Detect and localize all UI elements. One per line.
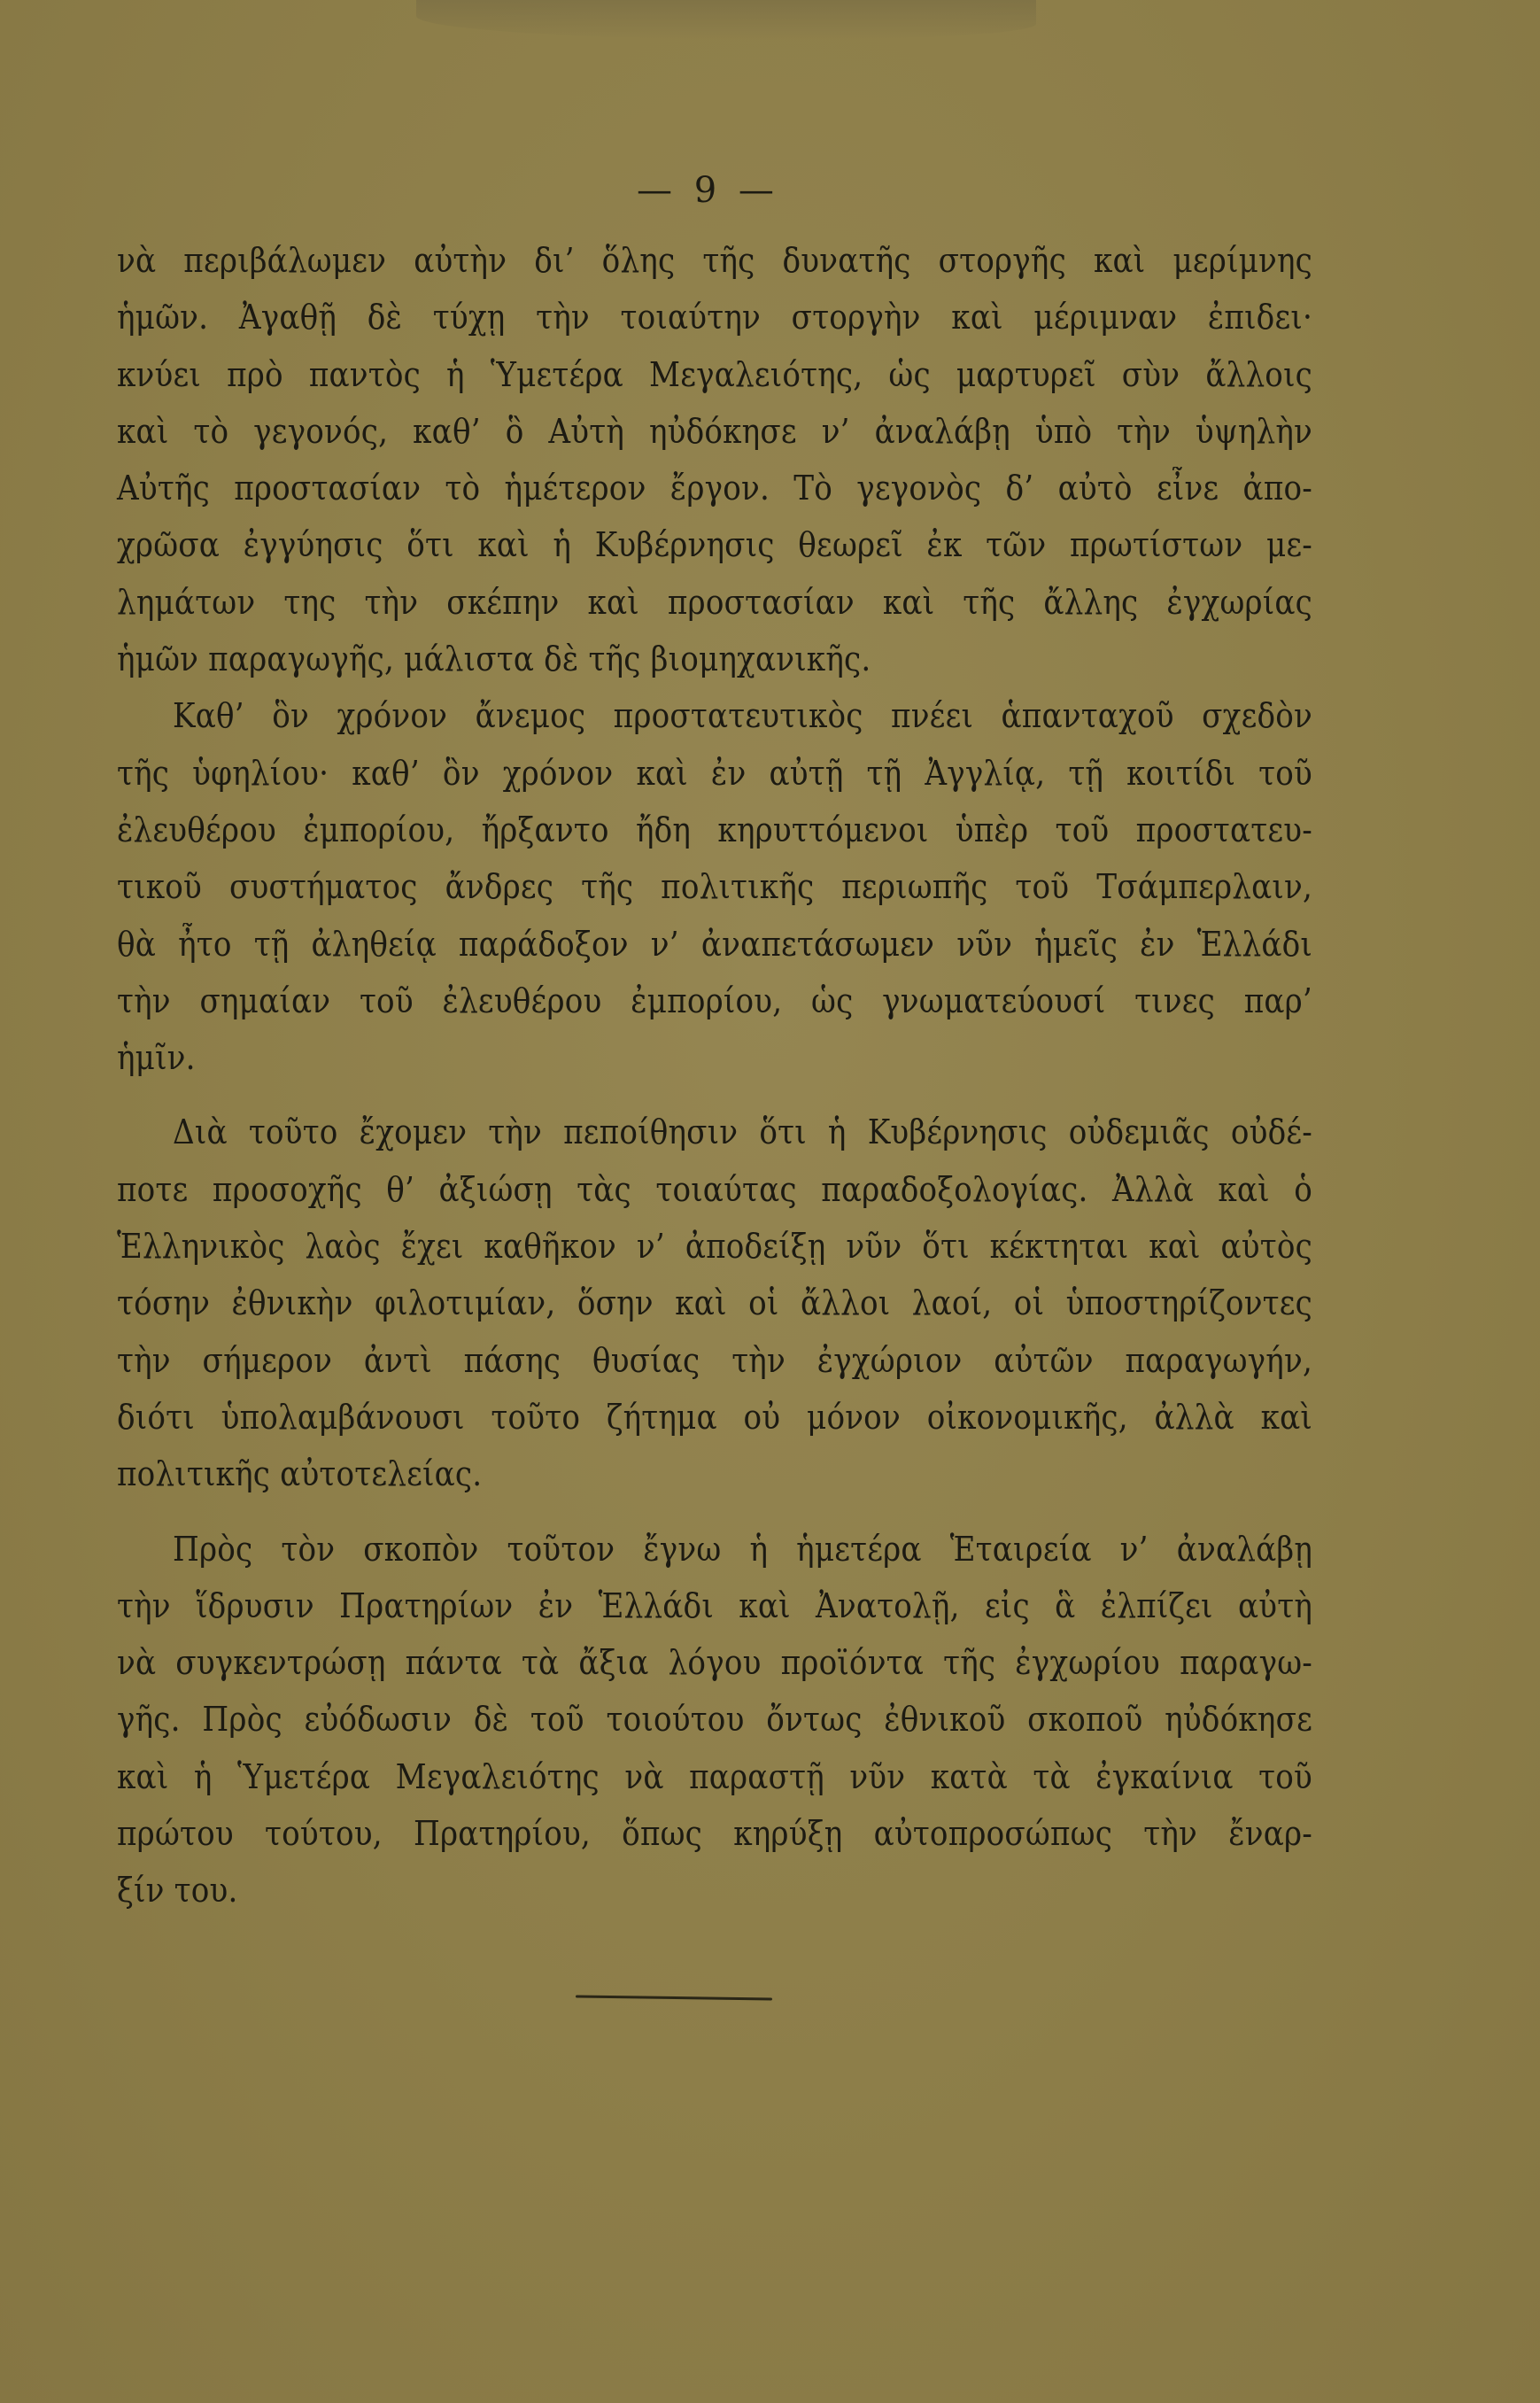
text-line: Ἑλληνικὸς λαὸς ἔχει καθῆκον ν’ ἀποδείξῃ … bbox=[117, 1218, 1312, 1275]
text-line: Πρὸς τὸν σκοπὸν τοῦτον ἔγνω ἡ ἡμετέρα Ἑτ… bbox=[117, 1521, 1312, 1577]
text-line: ξίν του. bbox=[117, 1862, 1312, 1919]
text-line: λημάτων της τὴν σκέπην καὶ προστασίαν κα… bbox=[117, 574, 1312, 631]
text-line: Αὐτῆς προστασίαν τὸ ἡμέτερον ἔργον. Τὸ γ… bbox=[117, 460, 1312, 516]
paragraph-gap bbox=[117, 1503, 1312, 1521]
paragraph-1: νὰ περιβάλωμεν αὐτὴν δι’ ὅλης τῆς δυνατῆ… bbox=[117, 232, 1312, 687]
paragraph-2: Καθ’ ὃν χρόνον ἄνεμος προστατευτικὸς πνέ… bbox=[117, 687, 1312, 1086]
text-line: γῆς. Πρὸς εὐόδωσιν δὲ τοῦ τοιούτου ὄντως… bbox=[117, 1691, 1312, 1748]
text-line: ἡμῖν. bbox=[117, 1029, 1312, 1086]
text-line: πρώτου τούτου, Πρατηρίου, ὅπως κηρύξῃ αὐ… bbox=[117, 1805, 1312, 1862]
text-line: ἐλευθέρου ἐμπορίου, ἤρξαντο ἤδη κηρυττόμ… bbox=[117, 802, 1312, 858]
section-end-rule bbox=[576, 1995, 772, 2000]
body-text: νὰ περιβάλωμεν αὐτὴν δι’ ὅλης τῆς δυνατῆ… bbox=[117, 232, 1312, 1919]
text-line: τὴν σήμερον ἀντὶ πάσης θυσίας τὴν ἐγχώρι… bbox=[117, 1332, 1312, 1389]
text-line: ἡμῶν. Ἀγαθῇ δὲ τύχῃ τὴν τοιαύτην στοργὴν… bbox=[117, 289, 1312, 345]
text-line: τόσην ἐθνικὴν φιλοτιμίαν, ὅσην καὶ οἱ ἄλ… bbox=[117, 1275, 1312, 1331]
text-line: τὴν ἵδρυσιν Πρατηρίων ἐν Ἑλλάδι καὶ Ἀνατ… bbox=[117, 1577, 1312, 1634]
text-line: καὶ ἡ Ὑμετέρα Μεγαλειότης νὰ παραστῇ νῦν… bbox=[117, 1748, 1312, 1805]
text-line: διότι ὑπολαμβάνουσι τοῦτο ζήτημα οὐ μόνο… bbox=[117, 1389, 1312, 1446]
text-line: ποτε προσοχῆς θ’ ἀξιώσῃ τὰς τοιαύτας παρ… bbox=[117, 1161, 1312, 1218]
text-line: πολιτικῆς αὐτοτελείας. bbox=[117, 1446, 1312, 1502]
page-number: — 9 — bbox=[0, 170, 1478, 211]
text-line: ἡμῶν παραγωγῆς, μάλιστα δὲ τῆς βιομηχανι… bbox=[117, 631, 1312, 687]
text-line: τὴν σημαίαν τοῦ ἐλευθέρου ἐμπορίου, ὡς γ… bbox=[117, 973, 1312, 1029]
text-line: νὰ περιβάλωμεν αὐτὴν δι’ ὅλης τῆς δυνατῆ… bbox=[117, 232, 1312, 289]
text-line: τῆς ὑφηλίου· καθ’ ὃν χρόνον καὶ ἐν αὐτῇ … bbox=[117, 745, 1312, 802]
text-line: νὰ συγκεντρώσῃ πάντα τὰ ἄξια λόγου προϊό… bbox=[117, 1634, 1312, 1691]
text-line: καὶ τὸ γεγονός, καθ’ ὃ Αὐτὴ ηὐδόκησε ν’ … bbox=[117, 403, 1312, 460]
torn-top-edge bbox=[416, 0, 1036, 40]
paragraph-4: Πρὸς τὸν σκοπὸν τοῦτον ἔγνω ἡ ἡμετέρα Ἑτ… bbox=[117, 1521, 1312, 1919]
text-line: χρῶσα ἐγγύησις ὅτι καὶ ἡ Κυβέρνησις θεωρ… bbox=[117, 516, 1312, 573]
text-line: θὰ ἦτο τῇ ἀληθείᾳ παράδοξον ν’ ἀναπετάσω… bbox=[117, 916, 1312, 973]
paragraph-gap bbox=[117, 1086, 1312, 1104]
text-line: τικοῦ συστήματος ἄνδρες τῆς πολιτικῆς πε… bbox=[117, 858, 1312, 915]
paragraph-3: Διὰ τοῦτο ἔχομεν τὴν πεποίθησιν ὅτι ἡ Κυ… bbox=[117, 1104, 1312, 1502]
text-line: Καθ’ ὃν χρόνον ἄνεμος προστατευτικὸς πνέ… bbox=[117, 687, 1312, 744]
text-line: Διὰ τοῦτο ἔχομεν τὴν πεποίθησιν ὅτι ἡ Κυ… bbox=[117, 1104, 1312, 1160]
text-line: κνύει πρὸ παντὸς ἡ Ὑμετέρα Μεγαλειότης, … bbox=[117, 346, 1312, 403]
